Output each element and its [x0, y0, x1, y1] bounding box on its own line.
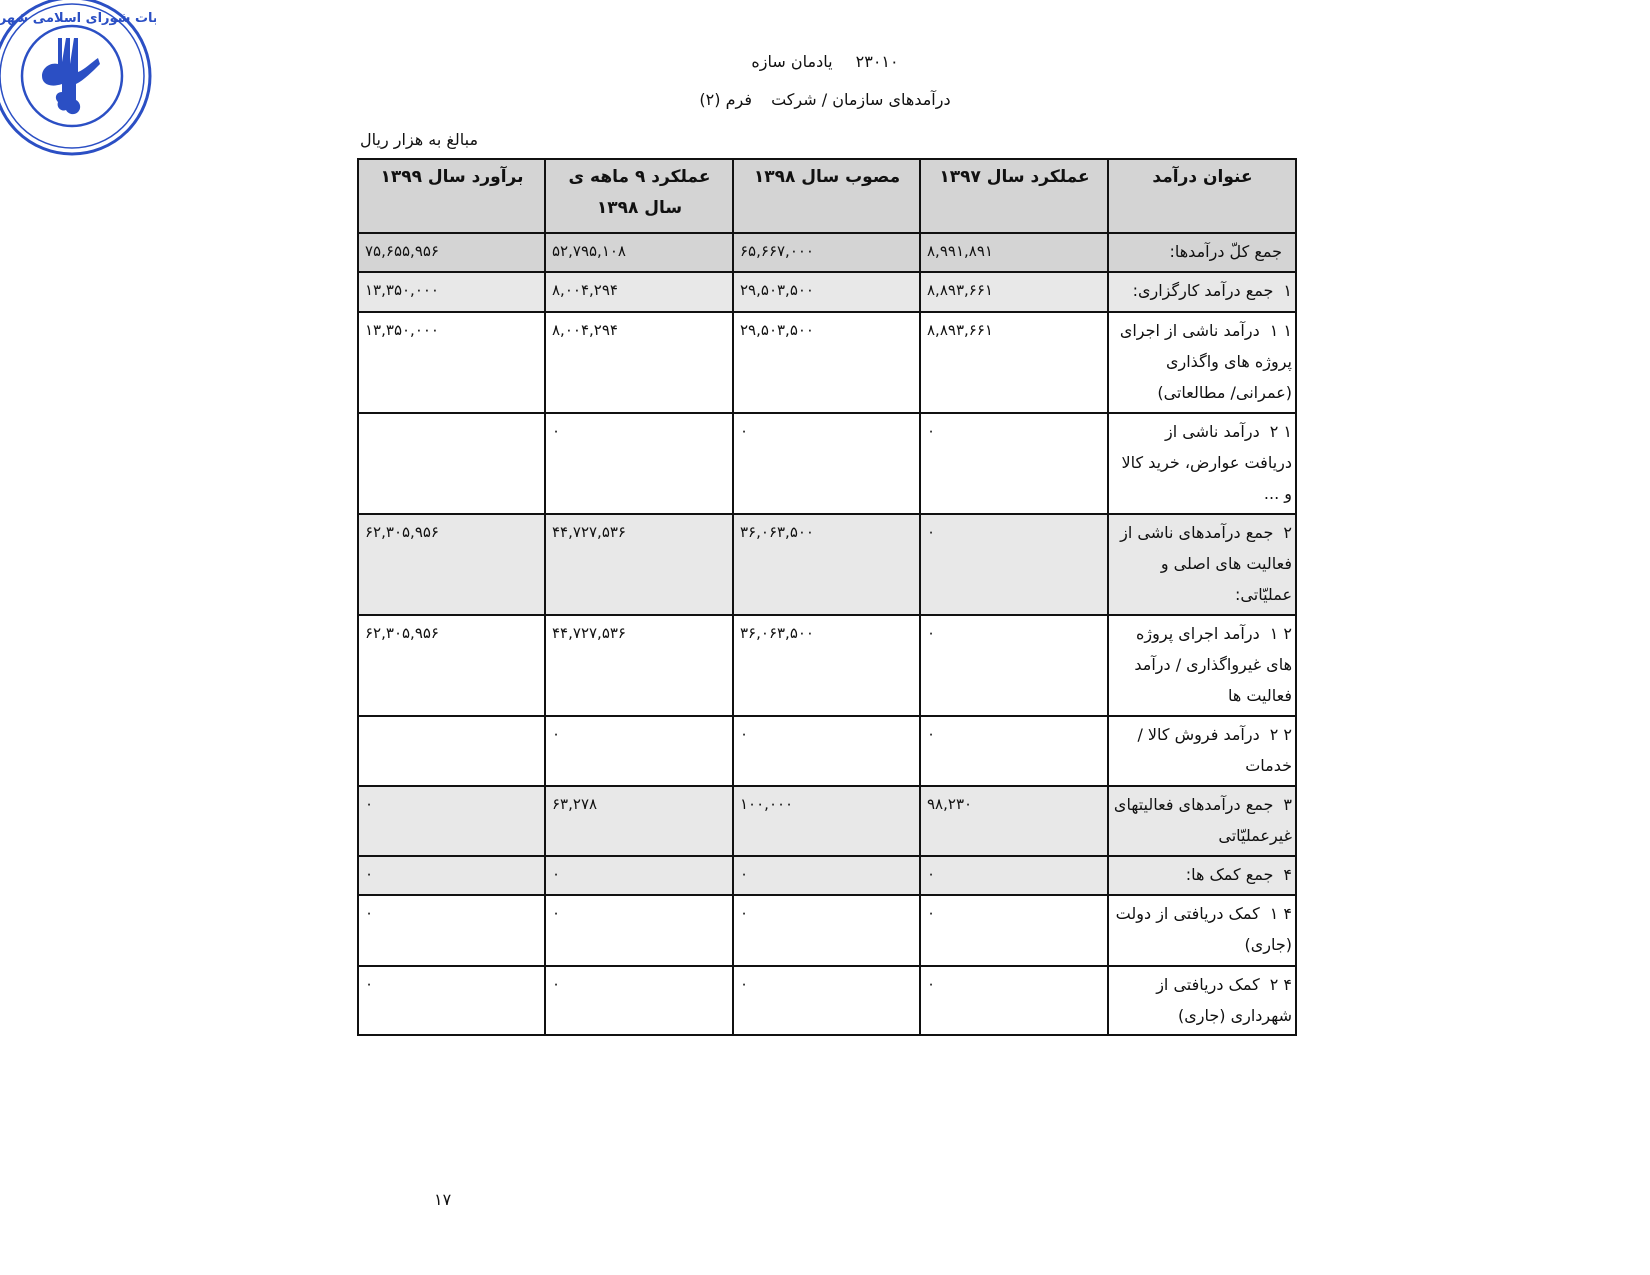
revenue-title-cell: ۲ ۲درآمد فروش کالا / خدمات	[1108, 716, 1296, 786]
form-label: فرم (۲)	[699, 90, 752, 109]
value-1397-cell: ۰	[920, 895, 1108, 966]
value-1398-9m-cell: ۰	[545, 966, 733, 1035]
row-code: ۳	[1283, 789, 1292, 820]
value-1399-cell	[358, 413, 545, 514]
revenue-title-cell: ۳جمع درآمدهای فعالیتهای غیرعملیّاتی	[1108, 786, 1296, 856]
value-1397-cell: ۸,۸۹۳,۶۶۱	[920, 272, 1108, 312]
value-1398-approved-cell: ۰	[733, 895, 920, 966]
value-1398-9m-cell: ۵۲,۷۹۵,۱۰۸	[545, 233, 733, 272]
value-1398-approved-cell: ۰	[733, 716, 920, 786]
table-row: ۴ ۲کمک دریافتی از شهرداری (جاری)۰۰۰۰	[358, 966, 1296, 1035]
col-header-1398-approved: مصوب سال ۱۳۹۸	[733, 159, 920, 233]
value-1397-cell: ۰	[920, 413, 1108, 514]
value-1397-cell: ۸,۸۹۳,۶۶۱	[920, 312, 1108, 413]
org-code: ۲۳۰۱۰	[856, 52, 899, 71]
value-1399-cell: ۰	[358, 895, 545, 966]
row-code: ۴ ۱	[1270, 898, 1292, 929]
value-1398-approved-cell: ۰	[733, 966, 920, 1035]
revenue-title-cell: ۴ ۱کمک دریافتی از دولت (جاری)	[1108, 895, 1296, 966]
value-1398-9m-cell: ۰	[545, 856, 733, 895]
row-label: درآمد ناشی از دریافت عوارض، خرید کالا و …	[1122, 422, 1292, 503]
value-1397-cell: ۰	[920, 615, 1108, 716]
revenue-table: عنوان درآمد عملکرد سال ۱۳۹۷ مصوب سال ۱۳۹…	[357, 158, 1297, 1036]
unit-note: مبالغ به هزار ریال	[360, 130, 478, 149]
value-1399-cell	[358, 716, 545, 786]
value-1397-cell: ۰	[920, 514, 1108, 615]
form-subtitle: درآمدهای سازمان / شرکت فرم (۲)	[0, 90, 1650, 109]
value-1398-approved-cell: ۳۶,۰۶۳,۵۰۰	[733, 514, 920, 615]
revenue-title-cell: ۱جمع درآمد کارگزاری:	[1108, 272, 1296, 312]
org-name: یادمان سازه	[751, 52, 832, 71]
value-1398-approved-cell: ۰	[733, 413, 920, 514]
row-label: جمع کلّ درآمدها:	[1169, 242, 1282, 261]
value-1397-cell: ۸,۹۹۱,۸۹۱	[920, 233, 1108, 272]
col-header-1399: برآورد سال ۱۳۹۹	[358, 159, 545, 233]
value-1397-cell: ۹۸,۲۳۰	[920, 786, 1108, 856]
revenue-title-cell: جمع کلّ درآمدها:	[1108, 233, 1296, 272]
subtitle-text: درآمدهای سازمان / شرکت	[771, 90, 951, 109]
value-1397-cell: ۰	[920, 856, 1108, 895]
value-1398-approved-cell: ۱۰۰,۰۰۰	[733, 786, 920, 856]
revenue-title-cell: ۲ ۱درآمد اجرای پروژه های غیرواگذاری / در…	[1108, 615, 1296, 716]
row-label: جمع درآمد کارگزاری:	[1133, 281, 1274, 300]
value-1398-9m-cell: ۸,۰۰۴,۲۹۴	[545, 312, 733, 413]
revenue-title-cell: ۱ ۲درآمد ناشی از دریافت عوارض، خرید کالا…	[1108, 413, 1296, 514]
table-row: ۲جمع درآمدهای ناشی از فعالیت های اصلی و …	[358, 514, 1296, 615]
table-row: ۱جمع درآمد کارگزاری:۸,۸۹۳,۶۶۱۲۹,۵۰۳,۵۰۰۸…	[358, 272, 1296, 312]
row-code: ۱ ۱	[1270, 315, 1292, 346]
row-code: ۴	[1283, 859, 1292, 890]
value-1398-approved-cell: ۲۹,۵۰۳,۵۰۰	[733, 312, 920, 413]
table-row: ۴جمع کمک ها:۰۰۰۰	[358, 856, 1296, 895]
value-1399-cell: ۶۲,۳۰۵,۹۵۶	[358, 514, 545, 615]
row-code: ۴ ۲	[1270, 969, 1292, 1000]
row-label: درآمد اجرای پروژه های غیرواگذاری / درآمد…	[1134, 624, 1292, 705]
value-1397-cell: ۰	[920, 966, 1108, 1035]
table-header-row: عنوان درآمد عملکرد سال ۱۳۹۷ مصوب سال ۱۳۹…	[358, 159, 1296, 233]
revenue-title-cell: ۴ ۲کمک دریافتی از شهرداری (جاری)	[1108, 966, 1296, 1035]
row-label: جمع درآمدهای فعالیتهای غیرعملیّاتی	[1114, 795, 1292, 845]
stamp-text: مصوبات شورای اسلامی شهر تهران	[0, 11, 156, 26]
row-code: ۱ ۲	[1270, 416, 1292, 447]
value-1398-approved-cell: ۲۹,۵۰۳,۵۰۰	[733, 272, 920, 312]
row-code: ۲ ۱	[1270, 618, 1292, 649]
table-row: جمع کلّ درآمدها:۸,۹۹۱,۸۹۱۶۵,۶۶۷,۰۰۰۵۲,۷۹…	[358, 233, 1296, 272]
value-1398-9m-cell: ۶۳,۲۷۸	[545, 786, 733, 856]
document-title: ۲۳۰۱۰ یادمان سازه	[0, 52, 1650, 71]
value-1398-9m-cell: ۴۴,۷۲۷,۵۳۶	[545, 615, 733, 716]
col-header-title: عنوان درآمد	[1108, 159, 1296, 233]
col-header-1398-9m: عملکرد ۹ ماهه ی سال ۱۳۹۸	[545, 159, 733, 233]
page-number: ۱۷	[434, 1190, 451, 1209]
table-row: ۱ ۱درآمد ناشی از اجرای پروژه های واگذاری…	[358, 312, 1296, 413]
row-code: ۲ ۲	[1270, 719, 1292, 750]
revenue-title-cell: ۴جمع کمک ها:	[1108, 856, 1296, 895]
value-1399-cell: ۰	[358, 786, 545, 856]
value-1398-approved-cell: ۰	[733, 856, 920, 895]
value-1398-9m-cell: ۸,۰۰۴,۲۹۴	[545, 272, 733, 312]
table-row: ۲ ۱درآمد اجرای پروژه های غیرواگذاری / در…	[358, 615, 1296, 716]
table-row: ۲ ۲درآمد فروش کالا / خدمات۰۰۰	[358, 716, 1296, 786]
row-label: جمع کمک ها:	[1186, 865, 1274, 884]
table-row: ۴ ۱کمک دریافتی از دولت (جاری)۰۰۰۰	[358, 895, 1296, 966]
row-label: جمع درآمدهای ناشی از فعالیت های اصلی و ع…	[1120, 523, 1292, 604]
value-1397-cell: ۰	[920, 716, 1108, 786]
value-1399-cell: ۷۵,۶۵۵,۹۵۶	[358, 233, 545, 272]
row-label: درآمد ناشی از اجرای پروژه های واگذاری (ع…	[1120, 321, 1292, 402]
council-seal-stamp: مصوبات شورای اسلامی شهر تهران	[0, 0, 156, 160]
revenue-title-cell: ۲جمع درآمدهای ناشی از فعالیت های اصلی و …	[1108, 514, 1296, 615]
value-1398-9m-cell: ۰	[545, 895, 733, 966]
value-1398-9m-cell: ۴۴,۷۲۷,۵۳۶	[545, 514, 733, 615]
value-1399-cell: ۰	[358, 856, 545, 895]
value-1398-9m-cell: ۰	[545, 413, 733, 514]
row-label: کمک دریافتی از دولت (جاری)	[1116, 904, 1292, 954]
table-row: ۱ ۲درآمد ناشی از دریافت عوارض، خرید کالا…	[358, 413, 1296, 514]
value-1399-cell: ۰	[358, 966, 545, 1035]
value-1399-cell: ۶۲,۳۰۵,۹۵۶	[358, 615, 545, 716]
value-1399-cell: ۱۳,۳۵۰,۰۰۰	[358, 272, 545, 312]
value-1398-approved-cell: ۳۶,۰۶۳,۵۰۰	[733, 615, 920, 716]
col-header-1397: عملکرد سال ۱۳۹۷	[920, 159, 1108, 233]
value-1399-cell: ۱۳,۳۵۰,۰۰۰	[358, 312, 545, 413]
row-code: ۱	[1283, 275, 1292, 306]
value-1398-9m-cell: ۰	[545, 716, 733, 786]
value-1398-approved-cell: ۶۵,۶۶۷,۰۰۰	[733, 233, 920, 272]
revenue-title-cell: ۱ ۱درآمد ناشی از اجرای پروژه های واگذاری…	[1108, 312, 1296, 413]
table-row: ۳جمع درآمدهای فعالیتهای غیرعملیّاتی۹۸,۲۳…	[358, 786, 1296, 856]
row-code: ۲	[1283, 517, 1292, 548]
